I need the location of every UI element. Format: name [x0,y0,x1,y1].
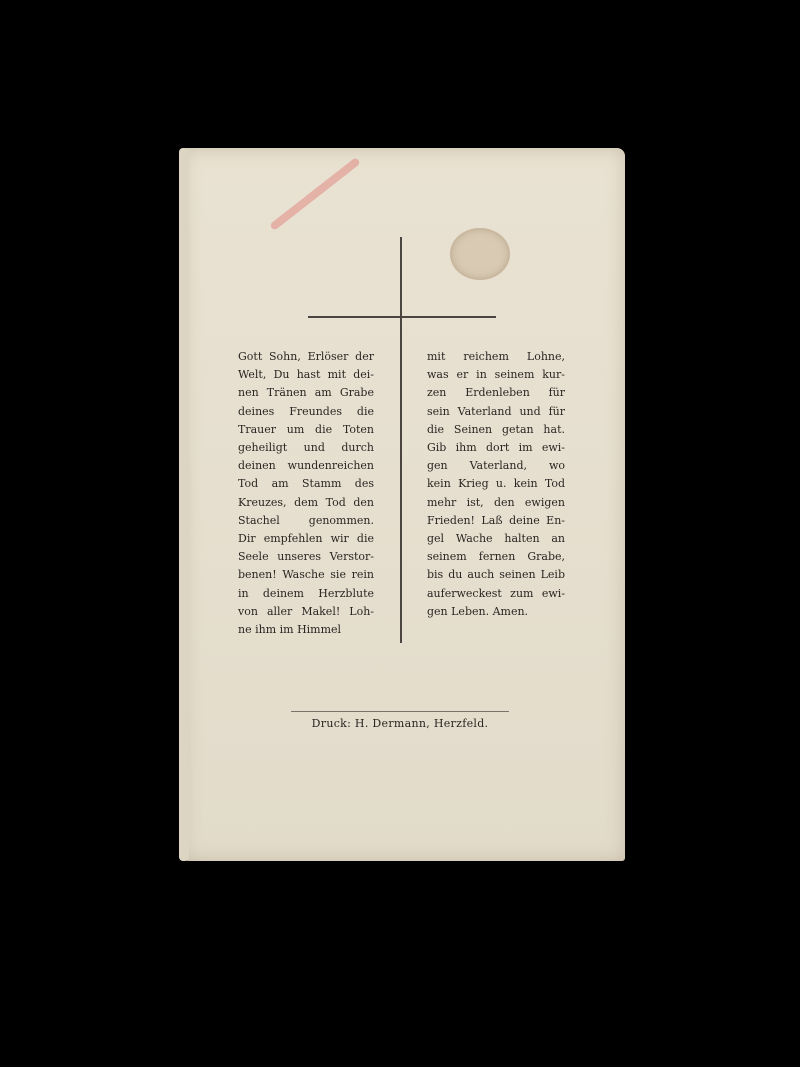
text-line: Tod am Stamm des [238,475,374,493]
text-line: Frieden! Laß deine En- [427,512,565,530]
text-line: gel Wache halten an [427,530,565,548]
text-line: bis du auch seinen Leib [427,566,565,584]
text-line: Trauer um die Toten [238,421,374,439]
text-line: Stachel genommen. [238,512,374,530]
text-line: kein Krieg u. kein Tod [427,475,565,493]
cross-vertical-bar [400,237,402,643]
text-line: ne ihm im Himmel [238,621,374,639]
paper-blot [450,228,510,280]
text-line: mehr ist, den ewigen [427,494,565,512]
cross-horizontal-bar [308,316,496,318]
divider-line [291,711,509,712]
text-line: zen Erdenleben für [427,384,565,402]
text-line: Kreuzes, dem Tod den [238,494,374,512]
text-line: die Seinen getan hat. [427,421,565,439]
text-line: Welt, Du hast mit dei- [238,366,374,384]
text-line: Gott Sohn, Erlöser der [238,348,374,366]
text-line: gen Vaterland, wo [427,457,565,475]
text-line: gen Leben. Amen. [427,603,565,621]
text-line: Gib ihm dort im ewi- [427,439,565,457]
text-line: Seele unseres Verstor- [238,548,374,566]
printer-credit: Druck: H. Dermann, Herzfeld. [300,717,500,730]
text-line: benen! Wasche sie rein [238,566,374,584]
prayer-text-right-column: mit reichem Lohne,was er in seinem kur-z… [427,348,565,621]
text-line: auferweckest zum ewi- [427,585,565,603]
text-line: deines Freundes die [238,403,374,421]
text-line: seinem fernen Grabe, [427,548,565,566]
text-line: von aller Makel! Loh- [238,603,374,621]
text-line: was er in seinem kur- [427,366,565,384]
text-line: deinen wundenreichen [238,457,374,475]
text-line: in deinem Herzblute [238,585,374,603]
text-line: nen Tränen am Grabe [238,384,374,402]
text-line: sein Vaterland und für [427,403,565,421]
text-line: Dir empfehlen wir die [238,530,374,548]
prayer-text-left-column: Gott Sohn, Erlöser derWelt, Du hast mit … [238,348,374,639]
text-line: geheiligt und durch [238,439,374,457]
text-line: mit reichem Lohne, [427,348,565,366]
